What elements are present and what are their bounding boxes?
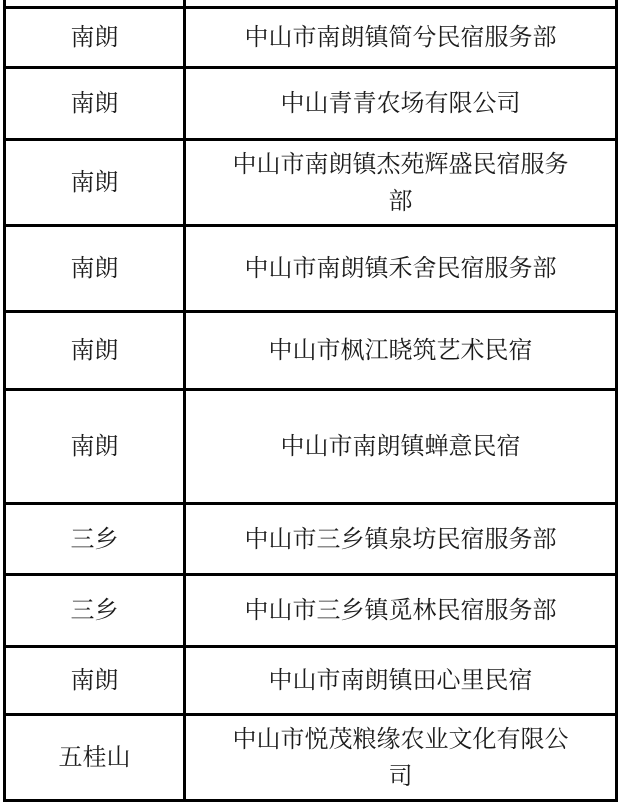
business-name-cell: 中山市南朗镇禾舍民宿服务部 (186, 227, 618, 313)
district-cell (6, 0, 186, 9)
business-name-cell: 中山市南朗镇蝉意民宿 (186, 391, 618, 505)
district-cell: 三乡 (6, 576, 186, 648)
business-name-cell (186, 0, 618, 9)
table-row: 三乡中山市三乡镇泉坊民宿服务部 (6, 505, 618, 576)
district-cell: 南朗 (6, 9, 186, 69)
business-name-cell: 中山青青农场有限公司 (186, 69, 618, 141)
district-cell: 南朗 (6, 141, 186, 227)
district-cell: 南朗 (6, 648, 186, 716)
district-cell: 五桂山 (6, 716, 186, 802)
district-cell: 南朗 (6, 391, 186, 505)
district-cell: 三乡 (6, 505, 186, 576)
table-row: 五桂山中山市悦茂粮缘农业文化有限公 司 (6, 716, 618, 802)
business-name-cell: 中山市悦茂粮缘农业文化有限公 司 (186, 716, 618, 802)
table-row: 南朗中山市南朗镇简兮民宿服务部 (6, 9, 618, 69)
table-row: 南朗中山市南朗镇禾舍民宿服务部 (6, 227, 618, 313)
district-cell: 南朗 (6, 313, 186, 391)
table-row: 南朗中山市南朗镇田心里民宿 (6, 648, 618, 716)
table-row: 三乡中山市三乡镇觅林民宿服务部 (6, 576, 618, 648)
table-row: 南朗中山市南朗镇杰苑辉盛民宿服务 部 (6, 141, 618, 227)
business-name-cell: 中山市三乡镇泉坊民宿服务部 (186, 505, 618, 576)
table-row: 南朗中山青青农场有限公司 (6, 69, 618, 141)
table-row: 南朗中山市南朗镇蝉意民宿 (6, 391, 618, 505)
business-name-cell: 中山市南朗镇简兮民宿服务部 (186, 9, 618, 69)
business-table: 南朗中山市南朗镇简兮民宿服务部南朗中山青青农场有限公司南朗中山市南朗镇杰苑辉盛民… (3, 0, 618, 802)
district-cell: 南朗 (6, 227, 186, 313)
business-name-cell: 中山市三乡镇觅林民宿服务部 (186, 576, 618, 648)
district-cell: 南朗 (6, 69, 186, 141)
table-row: 南朗中山市枫江晓筑艺术民宿 (6, 313, 618, 391)
business-name-cell: 中山市南朗镇田心里民宿 (186, 648, 618, 716)
table-row-partial (6, 0, 618, 9)
business-name-cell: 中山市南朗镇杰苑辉盛民宿服务 部 (186, 141, 618, 227)
business-name-cell: 中山市枫江晓筑艺术民宿 (186, 313, 618, 391)
